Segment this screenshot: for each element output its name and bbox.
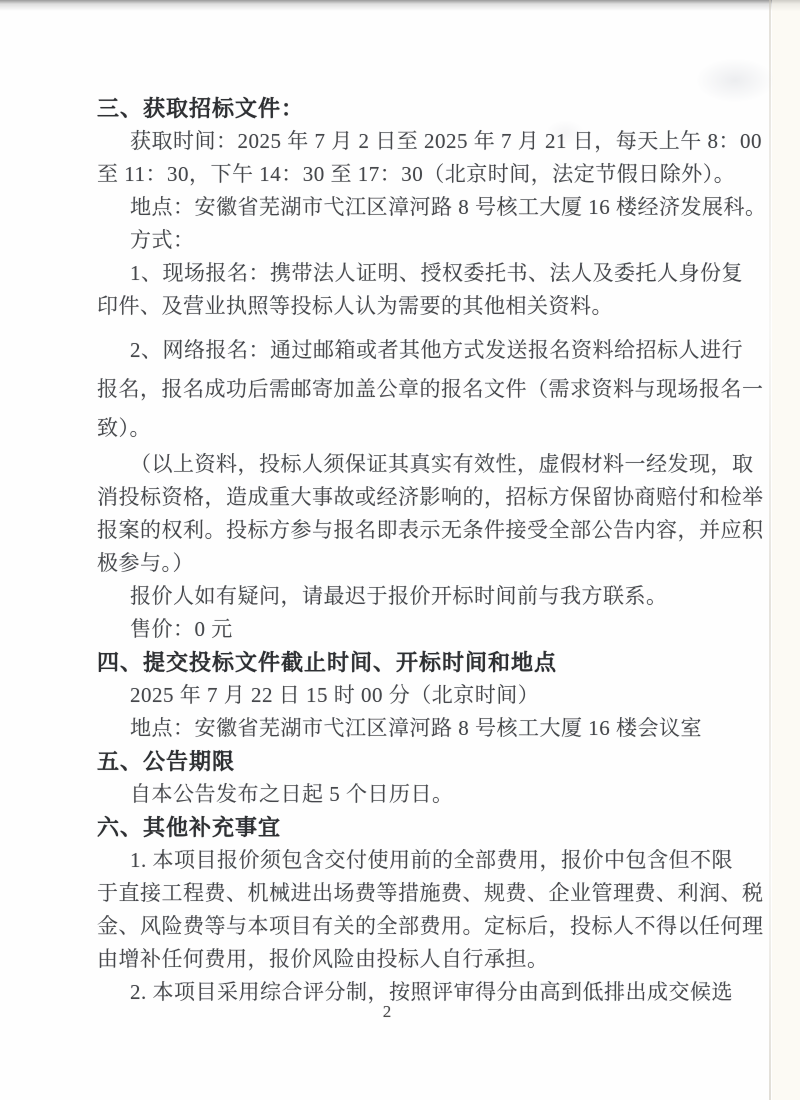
text-line: 消投标资格，造成重大事故或经济影响的，招标方保留协商赔付和检举 — [97, 481, 737, 514]
text-line: 金、风险费等与本项目有关的全部费用。定标后，投标人不得以任何理 — [97, 910, 737, 943]
text-line: 致）。 — [97, 409, 737, 448]
text-line: 至 11：30，下午 14：30 至 17：30（北京时间，法定节假日除外）。 — [97, 158, 737, 191]
text-line: 地点：安徽省芜湖市弋江区漳河路 8 号核工大厦 16 楼会议室 — [97, 712, 737, 745]
paragraph: 1. 本项目报价须包含交付使用前的全部费用，报价中包含但不限于直接工程费、机械进… — [97, 844, 737, 976]
scan-page-edge-strip — [772, 0, 800, 1100]
paragraph: 获取时间：2025 年 7 月 2 日至 2025 年 7 月 21 日，每天上… — [97, 125, 737, 191]
text-line: 报名，报名成功后需邮寄加盖公章的报名文件（需求资料与现场报名一 — [97, 370, 737, 409]
scanned-document-page: { "colors": { "paper": "#fefefe", "ink_b… — [0, 0, 800, 1100]
text-line: 2、网络报名：通过邮箱或者其他方式发送报名资料给招标人进行 — [97, 331, 737, 370]
text-line: 三、获取招标文件： — [97, 92, 737, 125]
text-line: 方式： — [97, 224, 737, 257]
text-line: 由增补任何费用，报价风险由投标人自行承担。 — [97, 943, 737, 976]
section-heading: 四、提交投标文件截止时间、开标时间和地点 — [97, 646, 737, 679]
text-line: 2025 年 7 月 22 日 15 时 00 分（北京时间） — [97, 679, 737, 712]
text-line: 自本公告发布之日起 5 个日历日。 — [97, 778, 737, 811]
text-line: 四、提交投标文件截止时间、开标时间和地点 — [97, 646, 737, 679]
paragraph: 售价：0 元 — [97, 613, 737, 646]
section-heading: 三、获取招标文件： — [97, 92, 737, 125]
paragraph: 2、网络报名：通过邮箱或者其他方式发送报名资料给招标人进行报名，报名成功后需邮寄… — [97, 331, 737, 448]
paragraph: 1、现场报名：携带法人证明、授权委托书、法人及委托人身份复印件、及营业执照等投标… — [97, 257, 737, 323]
text-line: 报案的权利。投标方参与报名即表示无条件接受全部公告内容，并应积 — [97, 514, 737, 547]
text-line: 六、其他补充事宜 — [97, 811, 737, 844]
text-line: 报价人如有疑问，请最迟于报价开标时间前与我方联系。 — [97, 580, 737, 613]
paragraph: 自本公告发布之日起 5 个日历日。 — [97, 778, 737, 811]
section-heading: 五、公告期限 — [97, 745, 737, 778]
paragraph: 方式： — [97, 224, 737, 257]
section-heading: 六、其他补充事宜 — [97, 811, 737, 844]
text-line: 获取时间：2025 年 7 月 2 日至 2025 年 7 月 21 日，每天上… — [97, 125, 737, 158]
scan-edge-shadow — [0, 0, 800, 12]
text-line: 1、现场报名：携带法人证明、授权委托书、法人及委托人身份复 — [97, 257, 737, 290]
paragraph: 报价人如有疑问，请最迟于报价开标时间前与我方联系。 — [97, 580, 737, 613]
text-line: 1. 本项目报价须包含交付使用前的全部费用，报价中包含但不限 — [97, 844, 737, 877]
paragraph: 地点：安徽省芜湖市弋江区漳河路 8 号核工大厦 16 楼经济发展科。 — [97, 191, 737, 224]
page-number: 2 — [97, 1000, 677, 1024]
text-line: 售价：0 元 — [97, 613, 737, 646]
text-line: 地点：安徽省芜湖市弋江区漳河路 8 号核工大厦 16 楼经济发展科。 — [97, 191, 737, 224]
paragraph: 2025 年 7 月 22 日 15 时 00 分（北京时间） — [97, 679, 737, 712]
document-body: 三、获取招标文件：获取时间：2025 年 7 月 2 日至 2025 年 7 月… — [97, 92, 737, 1009]
text-line: （以上资料，投标人须保证其真实有效性，虚假材料一经发现，取 — [97, 448, 737, 481]
text-line: 于直接工程费、机械进出场费等措施费、规费、企业管理费、利润、税 — [97, 877, 737, 910]
text-line: 极参与。） — [97, 547, 737, 580]
paragraph: （以上资料，投标人须保证其真实有效性，虚假材料一经发现，取消投标资格，造成重大事… — [97, 448, 737, 580]
scan-page-edge-line — [769, 0, 771, 1100]
paragraph: 地点：安徽省芜湖市弋江区漳河路 8 号核工大厦 16 楼会议室 — [97, 712, 737, 745]
text-line: 五、公告期限 — [97, 745, 737, 778]
text-line: 印件、及营业执照等投标人认为需要的其他相关资料。 — [97, 290, 737, 323]
